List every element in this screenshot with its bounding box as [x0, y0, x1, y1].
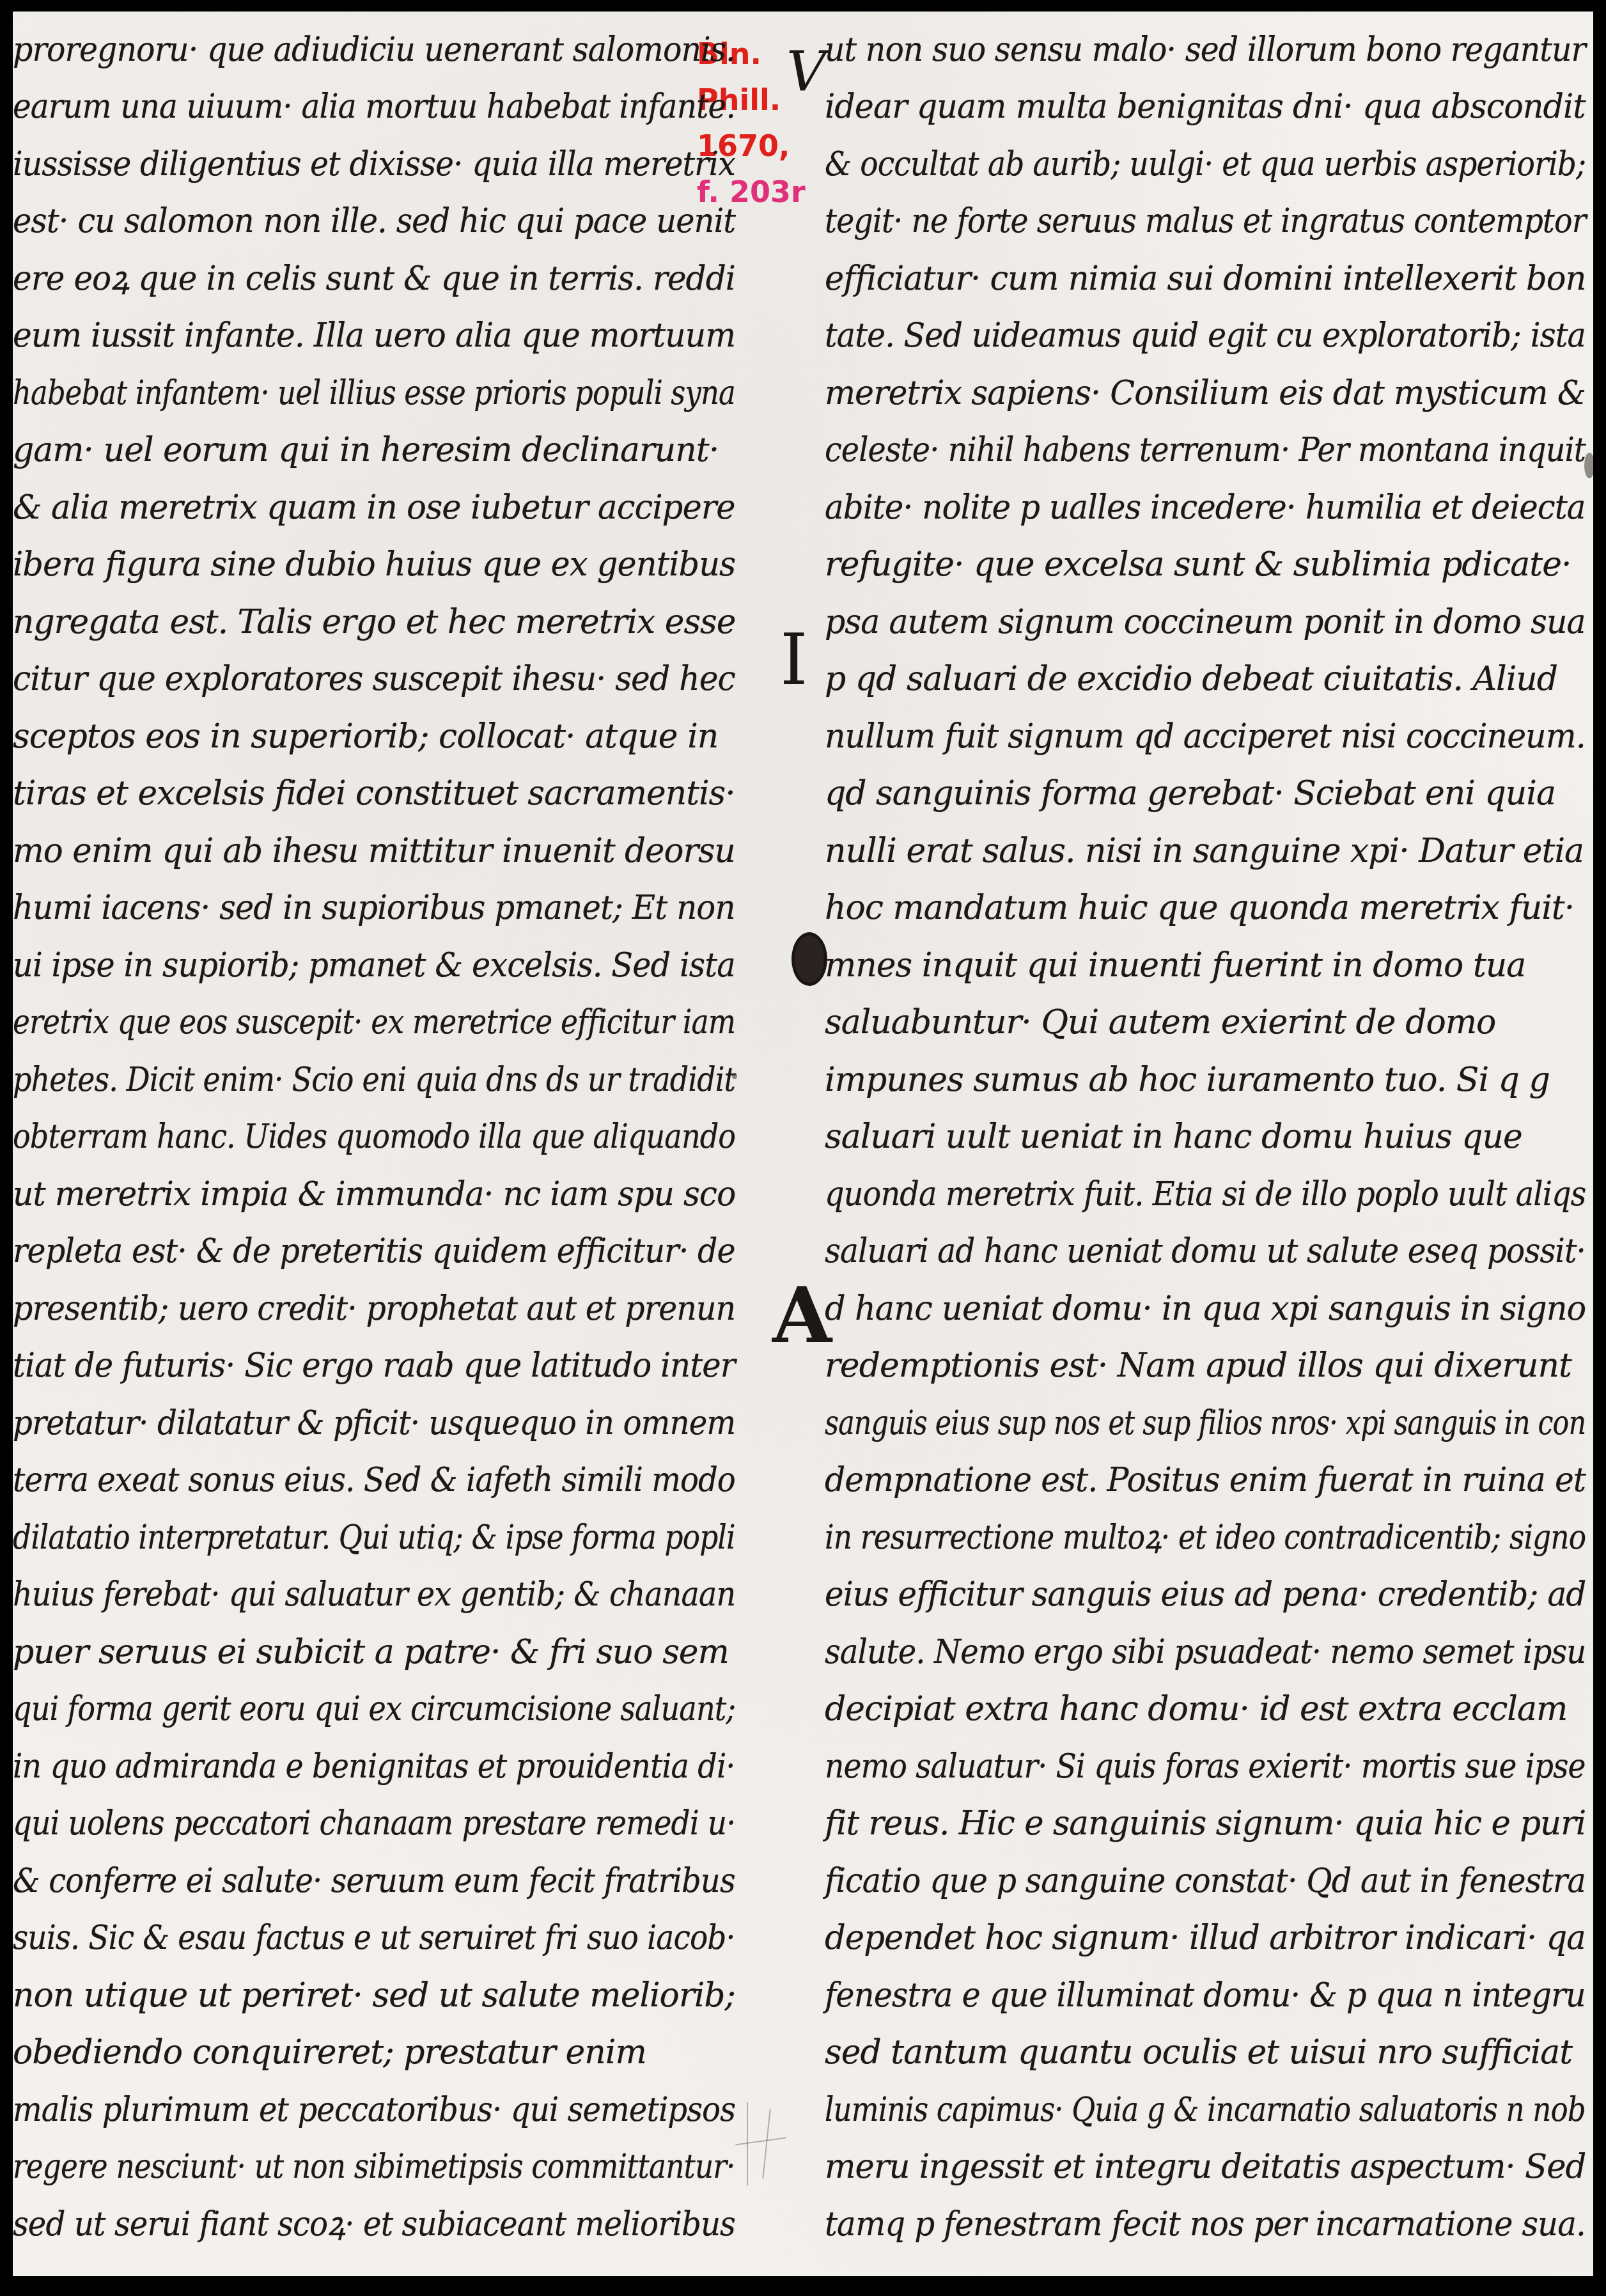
manuscript-text-line: malis plurimum et peccatoribus· qui seme…	[13, 2091, 735, 2129]
manuscript-text-line: refugite· que excelsa sunt & sublimia pd…	[825, 545, 1571, 584]
manuscript-text-line: obediendo conquireret; prestatur enim	[13, 2033, 646, 2072]
manuscript-text-line: meru ingessit et integru deitatis aspect…	[825, 2148, 1586, 2186]
initial-letter-a: A	[772, 1277, 832, 1354]
manuscript-text-line: citur que exploratores suscepit ihesu· s…	[13, 660, 735, 698]
manuscript-text-line: phetes. Dicit enim· Scio eni quia dns ds…	[13, 1061, 735, 1099]
manuscript-text-line: in resurrectione multoꝝ· et ideo contrad…	[825, 1519, 1586, 1557]
manuscript-text-line: fenestra e que illuminat domu· & p qua n…	[825, 1976, 1586, 2015]
initial-letter-i: I	[780, 619, 807, 701]
manuscript-text-line: saluari ad hanc ueniat domu ut salute es…	[825, 1232, 1586, 1270]
manuscript-text-line: d hanc ueniat domu· in qua xpi sanguis i…	[825, 1290, 1586, 1328]
manuscript-text-line: dilatatio interpretatur. Qui utiq; & ips…	[13, 1519, 735, 1557]
manuscript-text-line: habebat infantem· uel illius esse priori…	[13, 374, 735, 412]
manuscript-text-line: abite· nolite p ualles incedere· humilia…	[825, 488, 1586, 527]
manuscript-text-line: qui uolens peccatori chanaam prestare re…	[13, 1804, 735, 1843]
manuscript-text-line: dependet hoc signum· illud arbitror indi…	[825, 1919, 1586, 1957]
manuscript-text-line: dempnatione est. Positus enim fuerat in …	[825, 1461, 1586, 1499]
ink-stain	[1584, 453, 1593, 478]
manuscript-text-line: puer seruus ei subicit a patre· & fri su…	[13, 1633, 729, 1671]
manuscript-text-line: & conferre ei salute· seruum eum fecit f…	[13, 1862, 735, 1900]
manuscript-page: Bln. Phill. 1670, f. 203r proregnoru· qu…	[13, 12, 1593, 2276]
manuscript-text-line: est· cu salomon non ille. sed hic qui pa…	[13, 202, 735, 240]
manuscript-text-line: qd sanguinis forma gerebat· Sciebat eni …	[825, 774, 1555, 813]
manuscript-text-line: terra exeat sonus eius. Sed & iafeth sim…	[13, 1461, 735, 1499]
manuscript-text-line: ut non suo sensu malo· sed illorum bono …	[825, 31, 1586, 69]
manuscript-text-line: regere nesciunt· ut non sibimetipsis com…	[13, 2148, 735, 2186]
manuscript-text-line: ere eoꝝ que in celis sunt & que in terri…	[13, 260, 735, 298]
manuscript-text-line: fit reus. Hic e sanguinis signum· quia h…	[825, 1804, 1586, 1843]
manuscript-text-line: obterram hanc. Uides quomodo illa que al…	[13, 1118, 735, 1156]
manuscript-text-line: tiras et excelsis fidei constituet sacra…	[13, 774, 735, 813]
manuscript-text-line: hoc mandatum huic que quonda meretrix fu…	[825, 889, 1574, 927]
manuscript-text-line: sanguis eius sup nos et sup filios nros·…	[825, 1404, 1586, 1442]
pencil-margin-mark	[747, 2102, 793, 2185]
manuscript-text-line: iussisse diligentius et dixisse· quia il…	[13, 145, 735, 184]
manuscript-text-line: huius ferebat· qui saluatur ex gentib; &…	[13, 1575, 735, 1614]
manuscript-text-line: p qd saluari de excidio debeat ciuitatis…	[825, 660, 1557, 698]
manuscript-text-line: eum iussit infante. Illa uero alia que m…	[13, 316, 735, 355]
manuscript-text-line: saluabuntur· Qui autem exierint de domo	[825, 1003, 1495, 1042]
manuscript-text-line: meretrix sapiens· Consilium eis dat myst…	[825, 374, 1586, 412]
manuscript-text-line: sed ut serui fiant scoꝝ· et subiaceant m…	[13, 2205, 735, 2244]
manuscript-text-line: salute. Nemo ergo sibi psuadeat· nemo se…	[825, 1633, 1586, 1671]
manuscript-text-line: eretrix que eos suscepit· ex meretrice e…	[13, 1003, 735, 1042]
manuscript-text-line: tate. Sed uideamus quid egit cu explorat…	[825, 316, 1586, 355]
manuscript-text-line: qui forma gerit eoru qui ex circumcision…	[13, 1690, 735, 1728]
manuscript-text-line: ficatio que p sanguine constat· Qd aut i…	[825, 1862, 1586, 1900]
manuscript-text-line: decipiat extra hanc domu· id est extra e…	[825, 1690, 1567, 1728]
manuscript-text-line: impunes sumus ab hoc iuramento tuo. Si q…	[825, 1061, 1550, 1099]
manuscript-text-line: nullum fuit signum qd acciperet nisi coc…	[825, 717, 1586, 756]
manuscript-text-line: pretatur· dilatatur & pficit· usquequo i…	[13, 1404, 735, 1442]
manuscript-text-line: luminis capimus· Quia g & incarnatio sal…	[825, 2091, 1586, 2129]
manuscript-text-line: quonda meretrix fuit. Etia si de illo po…	[825, 1175, 1586, 1214]
manuscript-text-line: nulli erat salus. nisi in sanguine xpi· …	[825, 832, 1584, 870]
manuscript-text-line: repleta est· & de preteritis quidem effi…	[13, 1232, 735, 1270]
manuscript-text-line: idear quam multa benignitas dni· qua abs…	[825, 88, 1586, 126]
manuscript-text-line: ibera figura sine dubio huius que ex gen…	[13, 545, 735, 584]
initial-letter-v: V	[786, 40, 826, 104]
manuscript-text-line: suis. Sic & esau factus e ut seruiret fr…	[13, 1919, 735, 1957]
manuscript-text-line: presentib; uero credit· prophetat aut et…	[13, 1290, 735, 1328]
manuscript-text-line: proregnoru· que adiudiciu uenerant salom…	[13, 31, 735, 69]
manuscript-text-line: eius efficitur sanguis eius ad pena· cre…	[825, 1575, 1586, 1614]
manuscript-text-line: gam· uel eorum qui in heresim declinarun…	[13, 431, 719, 469]
manuscript-text-line: humi iacens· sed in supioribus pmanet; E…	[13, 889, 735, 927]
manuscript-text-line: saluari uult ueniat in hanc domu huius q…	[825, 1118, 1522, 1156]
ink-stain	[732, 1073, 737, 1079]
manuscript-text-line: sceptos eos in superiorib; collocat· atq…	[13, 717, 718, 756]
manuscript-text-line: mnes inquit qui inuenti fuerint in domo …	[825, 946, 1525, 985]
manuscript-text-line: tegit· ne forte seruus malus et ingratus…	[825, 202, 1586, 240]
manuscript-text-line: ngregata est. Talis ergo et hec meretrix…	[13, 603, 735, 641]
manuscript-text-line: sed tantum quantu oculis et uisui nro su…	[825, 2033, 1572, 2072]
manuscript-text-line: nemo saluatur· Si quis foras exierit· mo…	[825, 1747, 1586, 1786]
manuscript-text-line: redemptionis est· Nam apud illos qui dix…	[825, 1347, 1571, 1385]
manuscript-text-line: psa autem signum coccineum ponit in domo…	[825, 603, 1586, 641]
manuscript-text-line: in quo admiranda e benignitas et prouide…	[13, 1747, 735, 1786]
manuscript-text-line: efficiatur· cum nimia sui domini intelle…	[825, 260, 1586, 298]
manuscript-text-line: tamq p fenestram fecit nos per incarnati…	[825, 2205, 1586, 2244]
decorated-initial-o	[791, 932, 827, 986]
manuscript-text-line: & occultat ab aurib; uulgi· et qua uerbi…	[825, 145, 1586, 184]
manuscript-text-line: earum una uiuum· alia mortuu habebat inf…	[13, 88, 735, 126]
manuscript-text-line: ui ipse in supiorib; pmanet & excelsis. …	[13, 946, 735, 985]
manuscript-text-line: ut meretrix impia & immunda· nc iam spu …	[13, 1175, 735, 1214]
manuscript-text-line: non utique ut periret· sed ut salute mel…	[13, 1976, 735, 2015]
manuscript-text-line: tiat de futuris· Sic ergo raab que latit…	[13, 1347, 735, 1385]
manuscript-text-line: mo enim qui ab ihesu mittitur inuenit de…	[13, 832, 735, 870]
manuscript-text-line: celeste· nihil habens terrenum· Per mont…	[825, 431, 1586, 469]
manuscript-text-line: & alia meretrix quam in ose iubetur acci…	[13, 488, 735, 527]
